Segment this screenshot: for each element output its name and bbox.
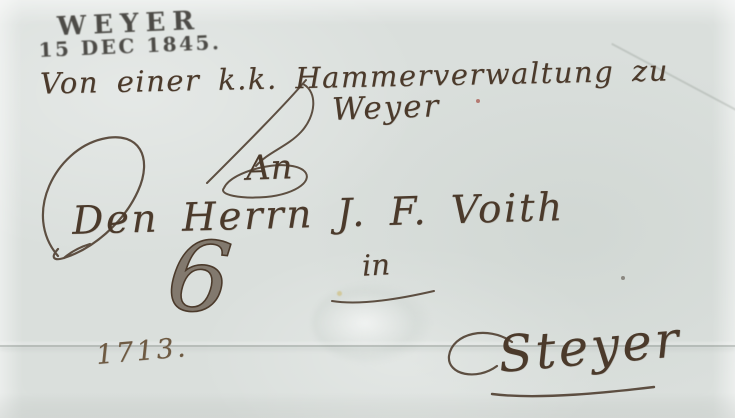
paper-speck-dark xyxy=(621,276,625,280)
preposition-in: in xyxy=(361,247,391,282)
salutation-an: An xyxy=(245,147,293,189)
letter-scan: WEYER 15 DEC 1845. Von einer k.k. Hammer… xyxy=(0,0,735,418)
seal-impression xyxy=(312,283,430,363)
docket-number: 1713. xyxy=(95,332,190,371)
postmark-stamp: WEYER 15 DEC 1845. xyxy=(37,8,222,61)
addressee-line: Den Herrn J. F. Voith xyxy=(71,185,565,244)
paper-speck-yellow xyxy=(337,291,342,296)
destination-steyer: Steyer xyxy=(496,310,684,384)
rate-mark-6: 6 xyxy=(163,225,235,331)
postmark-date: 15 DEC 1845. xyxy=(38,32,222,61)
destination-underline-flourish xyxy=(492,387,654,396)
paper-speck-red xyxy=(476,99,480,103)
sender-place: Weyer xyxy=(331,88,441,128)
